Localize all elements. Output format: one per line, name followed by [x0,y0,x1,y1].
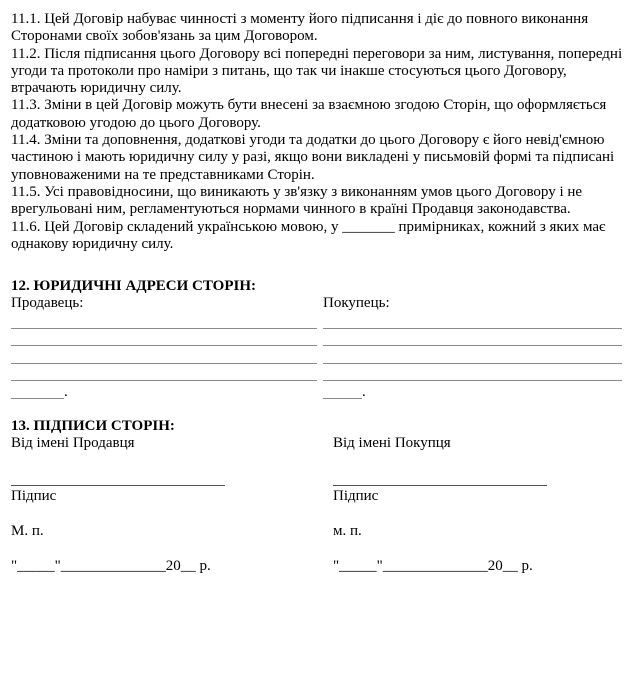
buyer-signature-label: Підпис [333,488,378,505]
seller-on-behalf: Від імені Продавця [11,435,135,452]
clause-11-4: 11.4. Зміни та доповнення, додаткові уго… [11,132,631,184]
buyer-address-end: . [362,384,366,401]
buyer-date-line: "_____"______________20__ р. [333,558,533,575]
clause-11-5: 11.5. Усі правовідносини, що виникають у… [11,184,631,219]
seller-address-line [11,380,317,381]
buyer-signature-line [333,485,547,486]
buyer-address-line-short [323,398,362,399]
section-13-title: 13. ПІДПИСИ СТОРІН: [11,418,175,435]
section-12-title: 12. ЮРИДИЧНІ АДРЕСИ СТОРІН: [11,278,256,295]
section-11-terms: 11.1. Цей Договір набуває чинності з мом… [11,11,631,253]
seller-date-line: "_____"______________20__ р. [11,558,211,575]
clause-11-2: 11.2. Після підписання цього Договору вс… [11,46,631,98]
buyer-address-line [323,363,622,364]
buyer-stamp-label: м. п. [333,523,362,540]
seller-address-label: Продавець: [11,295,83,312]
buyer-address-label: Покупець: [323,295,390,312]
seller-address-line [11,328,317,329]
seller-address-line [11,345,317,346]
seller-signature-label: Підпис [11,488,56,505]
clause-11-3: 11.3. Зміни в цей Договір можуть бути вн… [11,97,631,132]
buyer-address-line [323,345,622,346]
seller-signature-line [11,485,225,486]
clause-11-6: 11.6. Цей Договір складений українською … [11,219,631,254]
buyer-address-line [323,328,622,329]
seller-stamp-label: М. п. [11,523,44,540]
seller-address-end: . [64,384,68,401]
buyer-address-line [323,380,622,381]
seller-address-line-short [11,398,64,399]
buyer-on-behalf: Від імені Покупця [333,435,451,452]
clause-11-1: 11.1. Цей Договір набуває чинності з мом… [11,11,631,46]
seller-address-line [11,363,317,364]
